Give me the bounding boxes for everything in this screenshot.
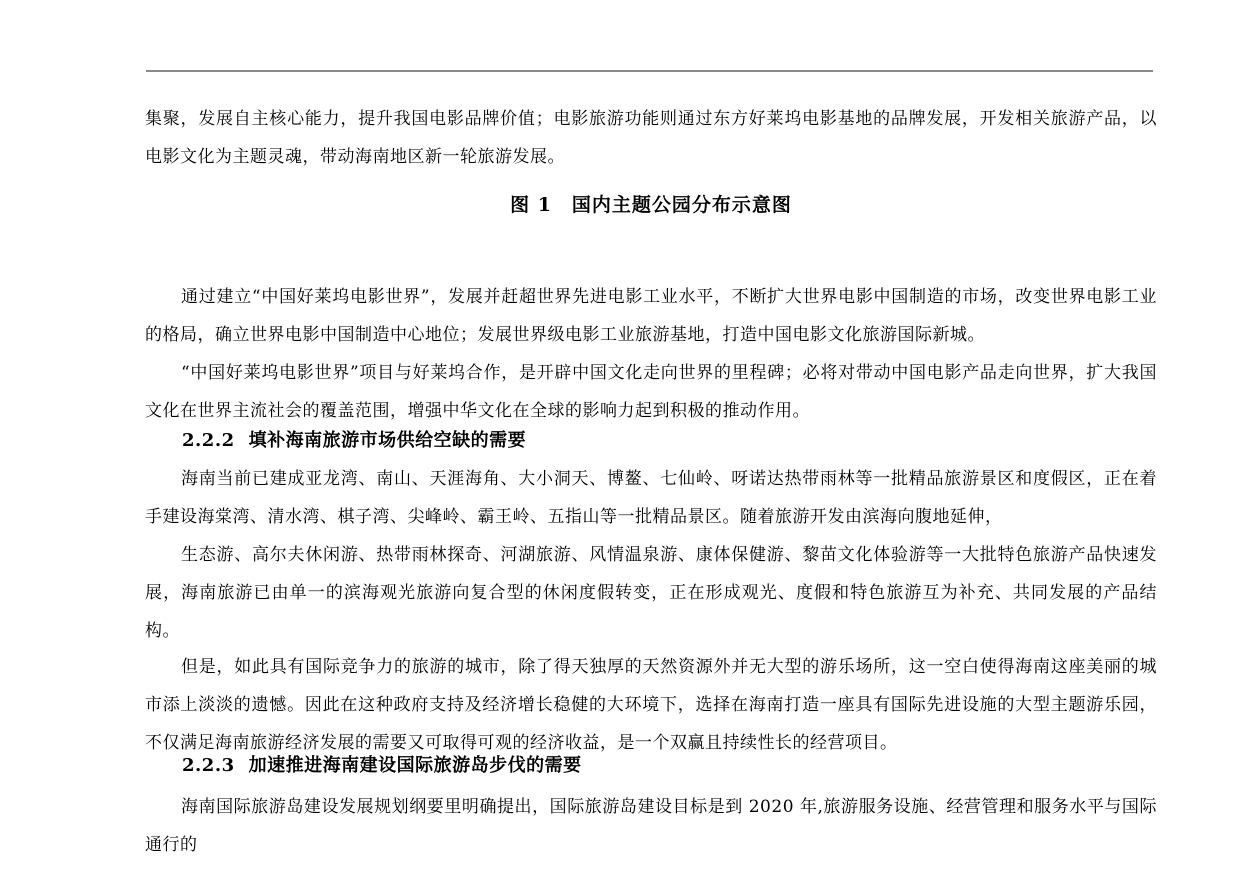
paragraph: 但是，如此具有国际竞争力的旅游的城市，除了得天独厚的天然资源外并无大型的游乐场所… bbox=[145, 648, 1157, 762]
section-title: 加速推进海南建设国际旅游岛步伐的需要 bbox=[249, 755, 582, 776]
section-number: 2.2.2 bbox=[182, 430, 235, 451]
paragraph: 海南当前已建成亚龙湾、南山、天涯海角、大小洞天、博鳌、七仙岭、呀诺达热带雨林等一… bbox=[145, 460, 1157, 536]
paragraph-continuation: 集聚，发展自主核心能力，提升我国电影品牌价值；电影旅游功能则通过东方好莱坞电影基… bbox=[145, 100, 1157, 176]
document-page: 集聚，发展自主核心能力，提升我国电影品牌价值；电影旅游功能则通过东方好莱坞电影基… bbox=[0, 0, 1241, 878]
paragraph: 生态游、高尔夫休闲游、热带雨林探奇、河湖旅游、风情温泉游、康体保健游、黎苗文化体… bbox=[145, 536, 1157, 650]
paragraph: 海南国际旅游岛建设发展规划纲要里明确提出，国际旅游岛建设目标是到 2020 年,… bbox=[145, 788, 1157, 864]
paragraph: “中国好莱坞电影世界”项目与好莱坞合作，是开辟中国文化走向世界的里程碑；必将对带… bbox=[145, 354, 1157, 430]
section-heading-2-2-2: 2.2.2填补海南旅游市场供给空缺的需要 bbox=[145, 427, 1157, 455]
paragraph: 通过建立“中国好莱坞电影世界”，发展并赶超世界先进电影工业水平，不断扩大世界电影… bbox=[145, 278, 1157, 354]
section-number: 2.2.3 bbox=[182, 755, 235, 776]
document-body: 集聚，发展自主核心能力，提升我国电影品牌价值；电影旅游功能则通过东方好莱坞电影基… bbox=[145, 0, 1157, 864]
figure-caption: 图 1 国内主题公园分布示意图 bbox=[145, 190, 1157, 220]
section-title: 填补海南旅游市场供给空缺的需要 bbox=[249, 430, 527, 451]
